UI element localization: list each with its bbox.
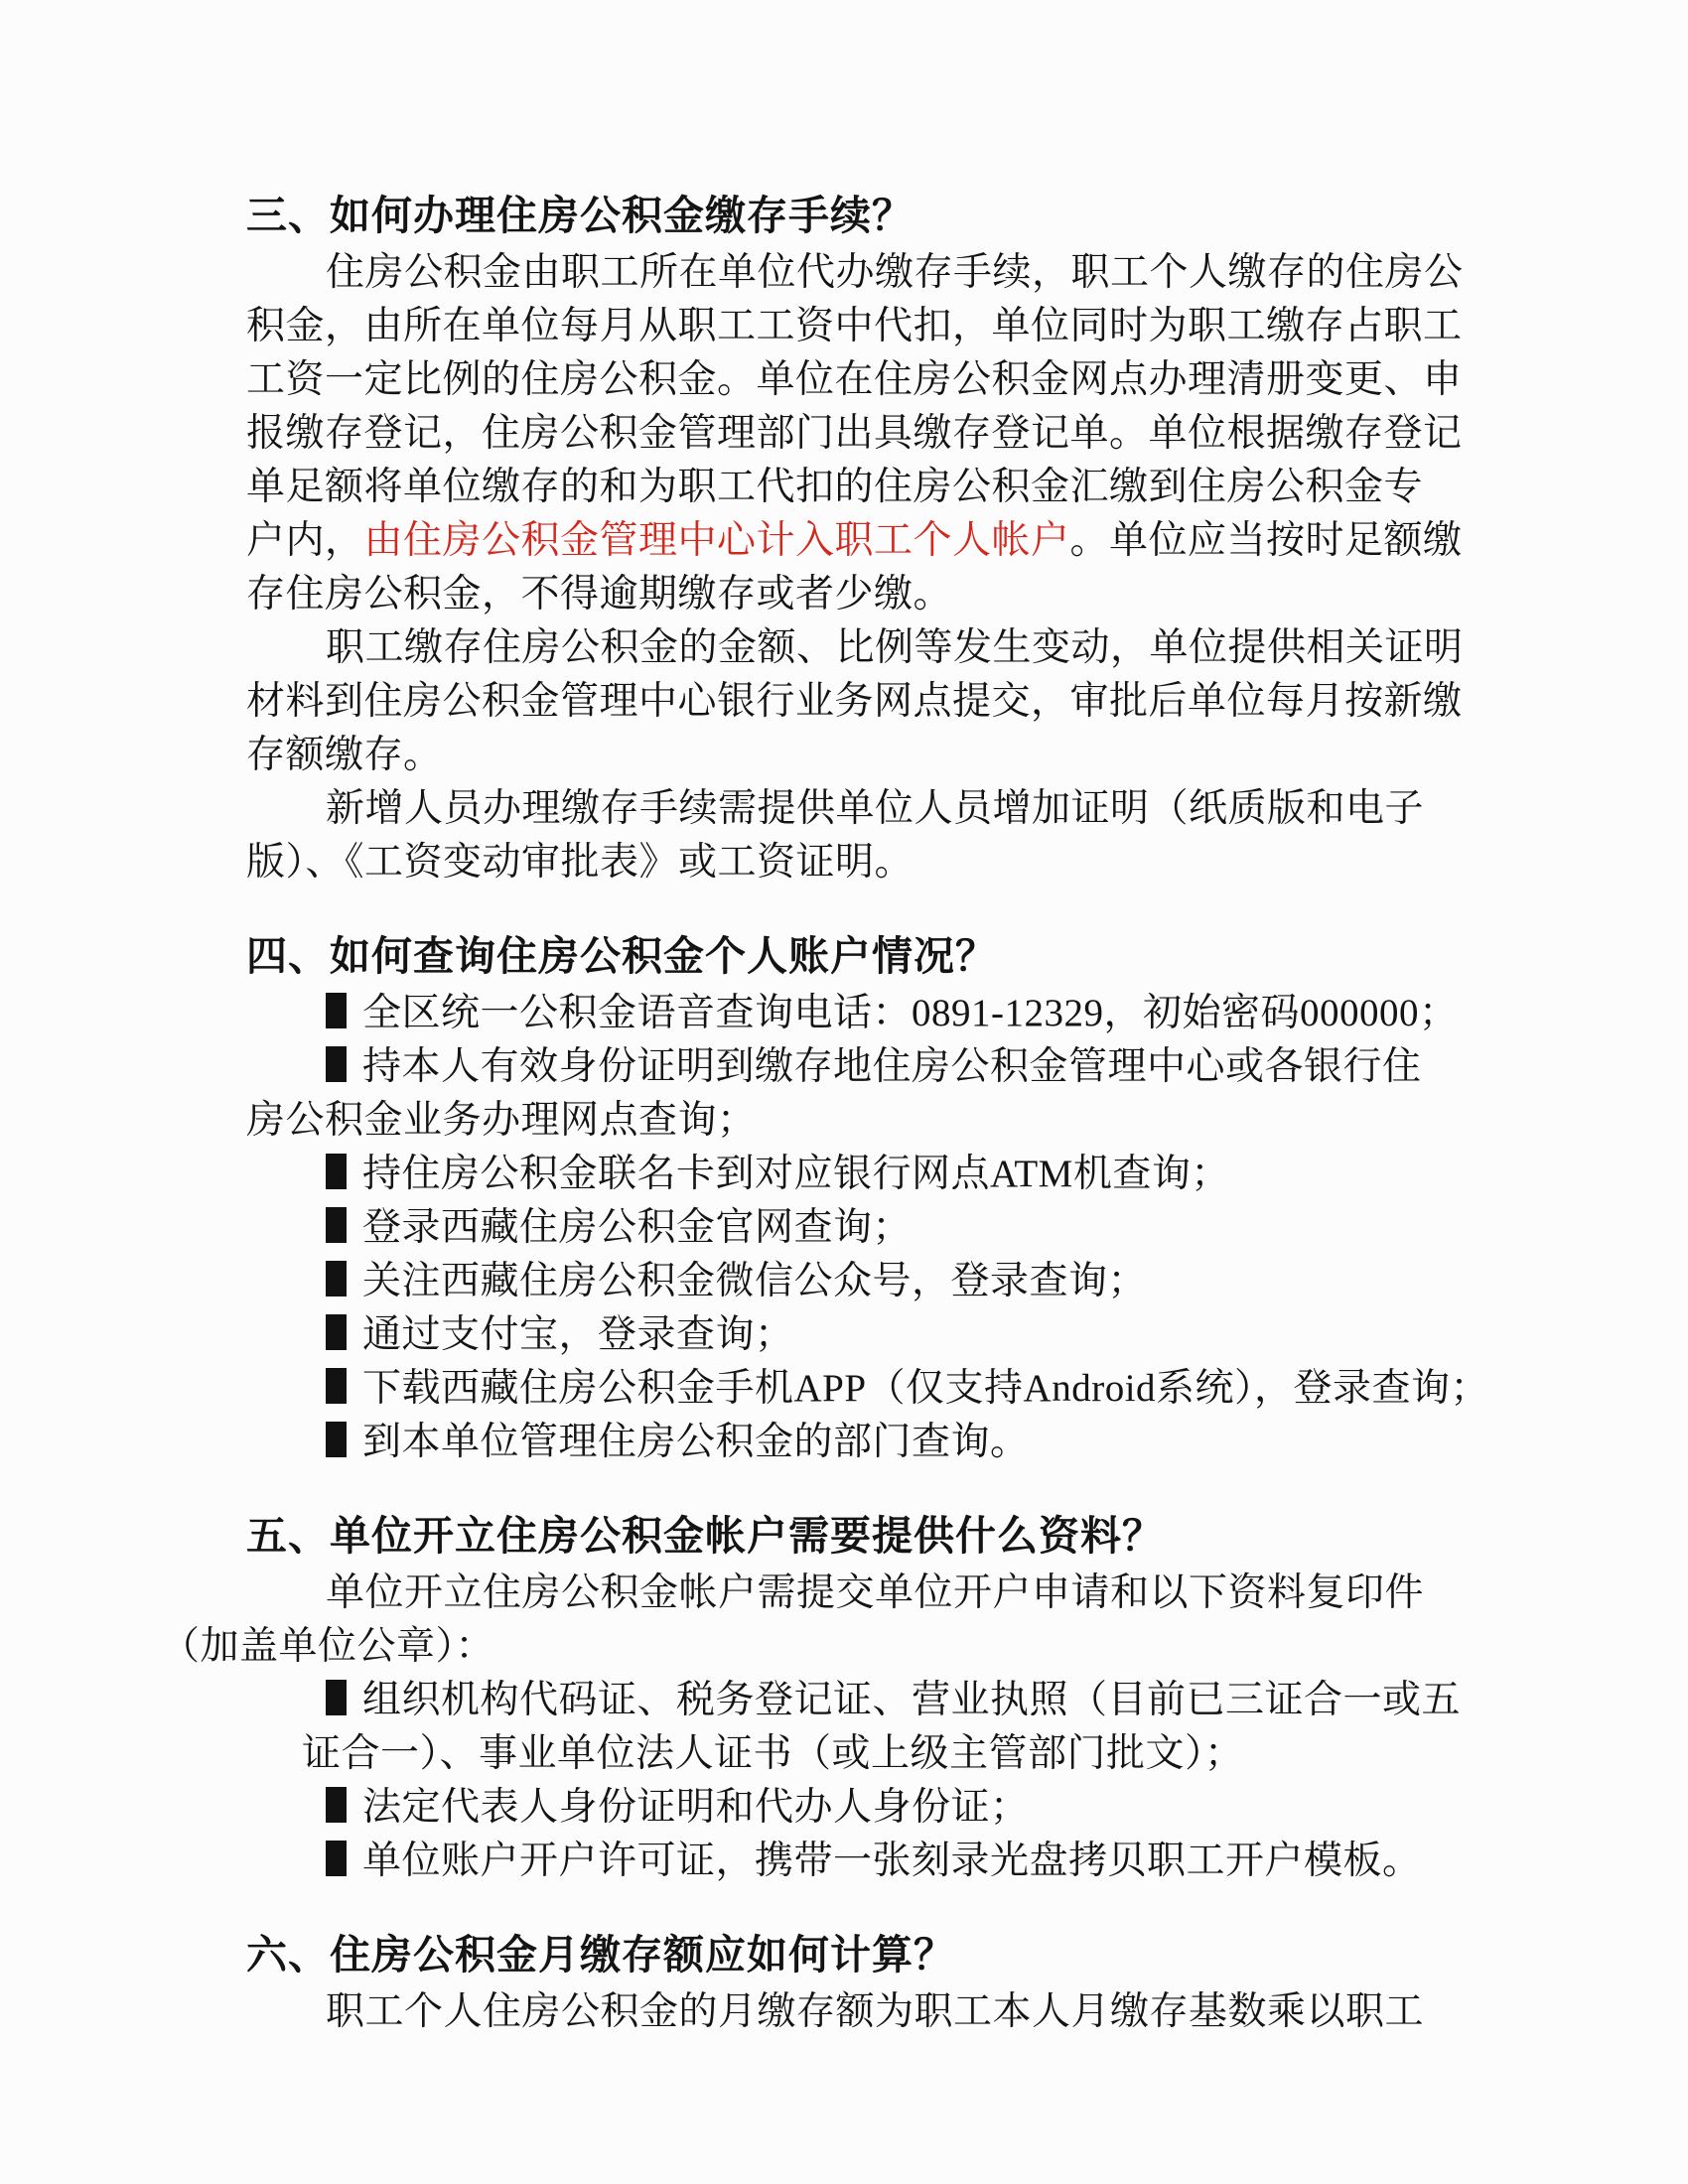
text-line: 职工个人住房公积金的月缴存额为职工本人月缴存基数乘以职工 — [246, 1985, 1453, 2039]
bullet-line: 法定代表人身份证明和代办人身份证； — [246, 1781, 1453, 1835]
bullet-text: 通过支付宝，登录查询； — [362, 1313, 794, 1356]
section-6-heading: 六、住房公积金月缴存额应如何计算？ — [246, 1928, 1453, 1981]
square-bullet-icon — [326, 993, 347, 1028]
text-line-with-highlight: 户内，由住房公积金管理中心计入职工个人帐户。单位应当按时足额缴 — [246, 514, 1453, 568]
square-bullet-icon — [326, 1841, 347, 1876]
text-line: （加盖单位公章）： — [161, 1620, 1453, 1674]
section-4-heading: 四、如何查询住房公积金个人账户情况？ — [246, 929, 1453, 983]
text-line: 新增人员办理缴存手续需提供单位人员增加证明（纸质版和电子 — [246, 782, 1453, 836]
text-line: 版）、《工资变动审批表》或工资证明。 — [246, 836, 1453, 889]
bullet-line: 到本单位管理住房公积金的部门查询。 — [246, 1416, 1453, 1469]
document-content: 三、如何办理住房公积金缴存手续？ 住房公积金由职工所在单位代办缴存手续，职工个人… — [246, 189, 1453, 2039]
text-line: 住房公积金由职工所在单位代办缴存手续，职工个人缴存的住房公 — [246, 246, 1453, 300]
bullet-line: 关注西藏住房公积金微信公众号，登录查询； — [246, 1255, 1453, 1308]
square-bullet-icon — [326, 1787, 347, 1823]
document-page: 三、如何办理住房公积金缴存手续？ 住房公积金由职工所在单位代办缴存手续，职工个人… — [0, 0, 1688, 2184]
bullet-text: 持住房公积金联名卡到对应银行网点ATM机查询； — [362, 1153, 1230, 1195]
bullet-text: 下载西藏住房公积金手机APP（仅支持Android系统），登录查询； — [362, 1367, 1489, 1410]
bullet-line: 通过支付宝，登录查询； — [246, 1308, 1453, 1362]
bullet-text: 登录西藏住房公积金官网查询； — [362, 1206, 912, 1249]
bullet-text: 全区统一公积金语音查询电话：0891-12329，初始密码000000； — [362, 992, 1459, 1034]
text-segment: 。单位应当按时足额缴 — [1070, 519, 1463, 562]
bullet-line: 组织机构代码证、税务登记证、营业执照（目前已三证合一或五 — [246, 1674, 1453, 1727]
red-highlight-text: 由住房公积金管理中心计入职工个人帐户 — [364, 519, 1070, 562]
square-bullet-icon — [326, 1046, 347, 1082]
square-bullet-icon — [326, 1680, 347, 1715]
bullet-text: 组织机构代码证、税务登记证、营业执照（目前已三证合一或五 — [362, 1679, 1461, 1721]
text-line: 单位开立住房公积金帐户需提交单位开户申请和以下资料复印件 — [246, 1567, 1453, 1620]
square-bullet-icon — [326, 1314, 347, 1350]
bullet-line: 全区统一公积金语音查询电话：0891-12329，初始密码000000； — [246, 987, 1453, 1040]
section-3-heading: 三、如何办理住房公积金缴存手续？ — [246, 189, 1453, 242]
text-line: 房公积金业务办理网点查询； — [246, 1094, 1453, 1148]
text-segment: 户内， — [246, 519, 364, 562]
square-bullet-icon — [326, 1261, 347, 1297]
text-line: 职工缴存住房公积金的金额、比例等发生变动，单位提供相关证明 — [246, 621, 1453, 675]
text-line: 工资一定比例的住房公积金。单位在住房公积金网点办理清册变更、申 — [246, 353, 1453, 407]
text-line: 存住房公积金，不得逾期缴存或者少缴。 — [246, 568, 1453, 621]
bullet-line: 单位账户开户许可证，携带一张刻录光盘拷贝职工开户模板。 — [246, 1835, 1453, 1888]
text-line: 积金，由所在单位每月从职工工资中代扣，单位同时为职工缴存占职工 — [246, 300, 1453, 353]
bullet-line: 下载西藏住房公积金手机APP（仅支持Android系统），登录查询； — [246, 1362, 1453, 1416]
square-bullet-icon — [326, 1368, 347, 1404]
bullet-line: 持本人有效身份证明到缴存地住房公积金管理中心或各银行住 — [246, 1040, 1453, 1094]
text-line: 单足额将单位缴存的和为职工代扣的住房公积金汇缴到住房公积金专 — [246, 461, 1453, 514]
bullet-text: 单位账户开户许可证，携带一张刻录光盘拷贝职工开户模板。 — [362, 1840, 1422, 1882]
bullet-text: 持本人有效身份证明到缴存地住房公积金管理中心或各银行住 — [362, 1045, 1422, 1088]
square-bullet-icon — [326, 1154, 347, 1189]
square-bullet-icon — [326, 1207, 347, 1243]
bullet-line: 持住房公积金联名卡到对应银行网点ATM机查询； — [246, 1148, 1453, 1201]
text-line: 证合一）、事业单位法人证书（或上级主管部门批文）； — [246, 1727, 1453, 1781]
text-line: 报缴存登记，住房公积金管理部门出具缴存登记单。单位根据缴存登记 — [246, 407, 1453, 461]
text-line: 材料到住房公积金管理中心银行业务网点提交，审批后单位每月按新缴 — [246, 675, 1453, 729]
text-line: 存额缴存。 — [246, 729, 1453, 782]
bullet-text: 到本单位管理住房公积金的部门查询。 — [362, 1421, 1030, 1463]
square-bullet-icon — [326, 1422, 347, 1457]
bullet-line: 登录西藏住房公积金官网查询； — [246, 1201, 1453, 1255]
bullet-text: 法定代表人身份证明和代办人身份证； — [362, 1786, 1030, 1829]
section-5-heading: 五、单位开立住房公积金帐户需要提供什么资料？ — [246, 1509, 1453, 1563]
bullet-text: 关注西藏住房公积金微信公众号，登录查询； — [362, 1260, 1147, 1302]
